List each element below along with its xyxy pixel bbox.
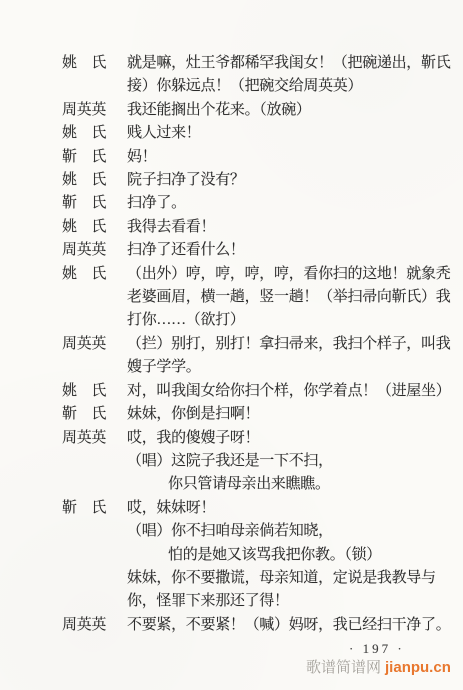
speaker-name <box>62 450 122 473</box>
script-line: 姚 氏院子扫净了没有？ <box>62 169 457 192</box>
speaker-name: 周英英 <box>62 239 122 262</box>
script-line-sung: （唱）这院子我还是一下不扫， <box>62 450 457 473</box>
speaker-name: 姚 氏 <box>62 52 122 75</box>
script-line: 接）你躲远点！（把碗交给周英英） <box>62 75 457 98</box>
script-line: 靳 氏妹妹，你倒是扫啊！ <box>62 403 457 426</box>
lyric-text: 怕的是她又该骂我把你教。（锁） <box>127 544 381 567</box>
speaker-name: 周英英 <box>62 427 122 450</box>
dialogue-text: 贱人过来！ <box>127 122 201 145</box>
speaker-name <box>62 286 122 309</box>
script-line: 妹妹，你不要撒谎，母亲知道，定说是我教导与 <box>62 567 457 590</box>
speaker-name: 姚 氏 <box>62 122 122 145</box>
lyric-text: （唱）你不扫咱母亲倘若知晓， <box>127 520 333 543</box>
dialogue-text: 妹妹，你倒是扫啊！ <box>127 403 259 426</box>
dialogue-text: 我得去看看！ <box>127 216 215 239</box>
script-line: 姚 氏（出外）哼，哼，哼，哼，看你扫的这地！就象秃 <box>62 263 457 286</box>
speaker-name: 靳 氏 <box>62 497 122 520</box>
lyric-text: 你只管请母亲出来瞧瞧。 <box>127 473 330 496</box>
dialogue-text: （出外）哼，哼，哼，哼，看你扫的这地！就象秃 <box>127 263 450 286</box>
speaker-name: 姚 氏 <box>62 169 122 192</box>
script-line-sung: 你只管请母亲出来瞧瞧。 <box>62 473 457 496</box>
dialogue-text: （拦）别打，别打！拿扫帚来，我扫个样子，叫我 <box>127 333 450 356</box>
script-line: 周英英不要紧，不要紧！（喊）妈呀，我已经扫干净了。 <box>62 614 457 637</box>
script-line-sung: （唱）你不扫咱母亲倘若知晓， <box>62 520 457 543</box>
dialogue-text: 妹妹，你不要撒谎，母亲知道，定说是我教导与 <box>127 567 436 590</box>
script-line: 打你……（欲打） <box>62 309 457 332</box>
watermark-site-url: jianpu.cn <box>385 659 451 676</box>
speaker-name: 靳 氏 <box>62 403 122 426</box>
dialogue-text: 嫂子学学。 <box>127 356 201 379</box>
dialogue-text: 老婆画眉，横一趟，竖一趟！（举扫帚向靳氏）我 <box>127 286 450 309</box>
script-line: 靳 氏扫净了。 <box>62 192 457 215</box>
speaker-name: 姚 氏 <box>62 216 122 239</box>
dialogue-text: 接）你躲远点！（把碗交给周英英） <box>127 75 362 98</box>
script-line: 姚 氏对，叫我闺女给你扫个样，你学着点！（进屋坐） <box>62 380 457 403</box>
dialogue-text: 院子扫净了没有？ <box>127 169 245 192</box>
dialogue-text: 你，怪罪下来那还了得！ <box>127 590 289 613</box>
script-line: 姚 氏就是嘛，灶王爷都稀罕我闺女！（把碗递出，靳氏 <box>62 52 457 75</box>
speaker-name: 姚 氏 <box>62 263 122 286</box>
dialogue-text: 妈！ <box>127 146 156 169</box>
lyric-text: （唱）这院子我还是一下不扫， <box>127 450 333 473</box>
script-line: 你，怪罪下来那还了得！ <box>62 590 457 613</box>
script-line: 靳 氏哎，妹妹呀！ <box>62 497 457 520</box>
speaker-name <box>62 75 122 98</box>
script-line: 周英英哎，我的傻嫂子呀！ <box>62 427 457 450</box>
script-line: 周英英我还能搁出个花来。（放碗） <box>62 99 457 122</box>
script-line: 周英英扫净了还看什么！ <box>62 239 457 262</box>
script-line-sung: 怕的是她又该骂我把你教。（锁） <box>62 544 457 567</box>
script-line: 靳 氏妈！ <box>62 146 457 169</box>
dialogue-text: 扫净了还看什么！ <box>127 239 245 262</box>
speaker-name <box>62 544 122 567</box>
scanned-script-page: 姚 氏就是嘛，灶王爷都稀罕我闺女！（把碗递出，靳氏 接）你躲远点！（把碗交给周英… <box>0 0 463 690</box>
script-line: 周英英（拦）别打，别打！拿扫帚来，我扫个样子，叫我 <box>62 333 457 356</box>
dialogue-text: 不要紧，不要紧！（喊）妈呀，我已经扫干净了。 <box>127 614 450 637</box>
dialogue-text: 哎，妹妹呀！ <box>127 497 215 520</box>
script-line: 姚 氏我得去看看！ <box>62 216 457 239</box>
page-number: · 197 · <box>349 641 405 657</box>
dialogue-text: 对，叫我闺女给你扫个样，你学着点！（进屋坐） <box>127 380 450 403</box>
watermark-site-name: 歌谱简谱网 <box>306 659 381 676</box>
speaker-name: 周英英 <box>62 99 122 122</box>
speaker-name <box>62 473 122 496</box>
script-line: 姚 氏贱人过来！ <box>62 122 457 145</box>
speaker-name <box>62 567 122 590</box>
script-line: 嫂子学学。 <box>62 356 457 379</box>
dialogue-text: 打你……（欲打） <box>127 309 245 332</box>
speaker-name: 周英英 <box>62 614 122 637</box>
speaker-name: 周英英 <box>62 333 122 356</box>
watermark: 歌谱简谱网jianpu.cn <box>306 656 451 677</box>
speaker-name: 姚 氏 <box>62 380 122 403</box>
script-body: 姚 氏就是嘛，灶王爷都稀罕我闺女！（把碗递出，靳氏 接）你躲远点！（把碗交给周英… <box>62 52 457 637</box>
speaker-name <box>62 309 122 332</box>
dialogue-text: 就是嘛，灶王爷都稀罕我闺女！（把碗递出，靳氏 <box>127 52 450 75</box>
dialogue-text: 哎，我的傻嫂子呀！ <box>127 427 259 450</box>
dialogue-text: 我还能搁出个花来。（放碗） <box>127 99 311 122</box>
speaker-name <box>62 590 122 613</box>
speaker-name: 靳 氏 <box>62 146 122 169</box>
speaker-name <box>62 520 122 543</box>
speaker-name <box>62 356 122 379</box>
script-line: 老婆画眉，横一趟，竖一趟！（举扫帚向靳氏）我 <box>62 286 457 309</box>
dialogue-text: 扫净了。 <box>127 192 186 215</box>
speaker-name: 靳 氏 <box>62 192 122 215</box>
